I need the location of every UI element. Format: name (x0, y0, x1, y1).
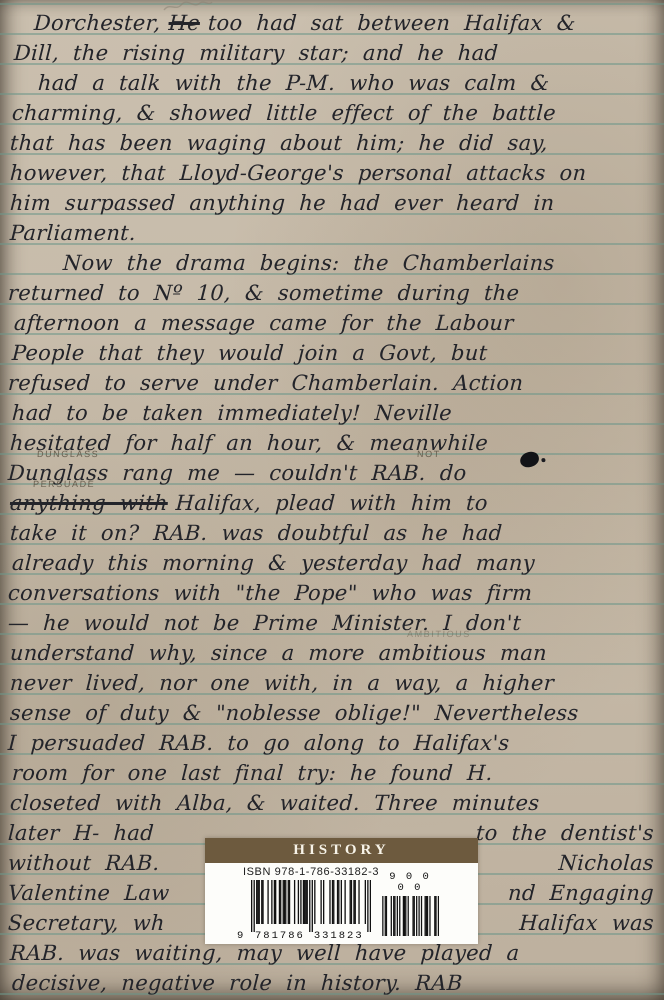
manuscript-line: — he would not be Prime Minister. I don'… (7, 608, 659, 638)
manuscript-line: closeted with Alba, & waited. Three minu… (7, 788, 659, 818)
manuscript-line: that has been waging about him; he did s… (7, 128, 659, 158)
handwriting-segment: People that they would join a Govt, but (11, 341, 488, 365)
manuscript-line: room for one last final try: he found H. (7, 758, 659, 788)
handwriting-segment: Secretary, wh (7, 908, 165, 938)
handwriting-segment: without RAB. (7, 848, 160, 878)
handwriting-segment: Now the drama begins: the Chamberlains (62, 251, 555, 275)
handwriting-segment: later H- had (7, 818, 155, 848)
handwriting-segment: Parliament. (9, 221, 136, 245)
handwriting-segment: to the dentist's (475, 818, 655, 848)
handwriting-segment: understand why, since a more ambitious m… (9, 641, 547, 665)
category-banner: HISTORY (205, 838, 478, 863)
manuscript-line: had to be taken immediately! Neville (7, 398, 659, 428)
manuscript-line: Parliament. (7, 218, 659, 248)
manuscript-line: Now the drama begins: the Chamberlains (7, 248, 659, 278)
handwriting-segment: already this morning & yesterday had man… (11, 551, 535, 575)
book-back-cover: Dorchester,Hetoo had sat between Halifax… (0, 0, 664, 1000)
manuscript-line: Dill, the rising military star; and he h… (7, 38, 659, 68)
handwriting-segment: Valentine Law (7, 878, 170, 908)
manuscript-line: take it on? RAB. was doubtful as he had (7, 518, 659, 548)
handwriting-segment: too had sat between Halifax & (207, 11, 576, 35)
pencil-annotation: NOT (417, 449, 441, 459)
ean13-digits: 9 781786 331823 (237, 930, 377, 942)
manuscript-line: understand why, since a more ambitious m… (7, 638, 659, 668)
handwriting-segment: Nicholas (558, 848, 655, 878)
handwriting-segment: Dill, the rising military star; and he h… (13, 41, 499, 65)
handwriting-segment: Halifax was (519, 908, 655, 938)
pencil-annotation: PERSUADE (33, 479, 96, 489)
ean13-barcode (251, 880, 371, 932)
handwriting-segment: room for one last final try: he found H. (11, 761, 493, 785)
ean-digit-group1: 781786 (255, 930, 305, 942)
manuscript-line: decisive, negative role in history. RAB (7, 968, 659, 998)
barcode-panel: HISTORY ISBN 978-1-786-33182-3 9 781786 … (205, 838, 478, 944)
handwriting-segment: him surpassed anything he had ever heard… (9, 191, 555, 215)
manuscript-line: had a talk with the P-M. who was calm & (7, 68, 659, 98)
handwriting-segment: had to be taken immediately! Neville (11, 401, 452, 425)
category-banner-label: HISTORY (293, 842, 389, 859)
handwriting-segment: Dorchester, (33, 11, 161, 35)
handwriting-segment: conversations with "the Pope" who was fi… (7, 581, 533, 605)
handwriting-segment: had a talk with the P-M. who was calm & (37, 71, 550, 95)
manuscript-line: sense of duty & "noblesse oblige!" Never… (7, 698, 659, 728)
handwriting-segment: closeted with Alba, & waited. Three minu… (9, 791, 540, 815)
struck-out-word: He (168, 11, 201, 35)
manuscript-line: returned to Nº 10, & sometime during the (7, 278, 659, 308)
struck-out-word: anything with (9, 491, 168, 515)
handwriting-segment: afternoon a message came for the Labour (13, 311, 514, 335)
manuscript-line: hesitated for half an hour, & meanwhile (7, 428, 659, 458)
manuscript-line: People that they would join a Govt, but (7, 338, 659, 368)
ean-digit-group2: 331823 (314, 930, 364, 942)
manuscript-line: charming, & showed little effect of the … (7, 98, 659, 128)
ean-addon-digits: 9 0 0 0 0 (381, 872, 439, 894)
handwriting-segment: charming, & showed little effect of the … (11, 101, 556, 125)
manuscript-line: Dorchester,Hetoo had sat between Halifax… (7, 8, 659, 38)
manuscript-line: never lived, nor one with, in a way, a h… (7, 668, 659, 698)
manuscript-line: conversations with "the Pope" who was fi… (7, 578, 659, 608)
handwriting-segment: sense of duty & "noblesse oblige!" Never… (9, 701, 579, 725)
handwriting-segment: returned to Nº 10, & sometime during the (7, 281, 520, 305)
handwriting-segment: take it on? RAB. was doubtful as he had (9, 521, 503, 545)
handwriting-segment: never lived, nor one with, in a way, a h… (9, 671, 554, 695)
handwriting-segment: that has been waging about him; he did s… (9, 131, 548, 155)
pencil-annotation: AMBITIOUS (407, 629, 471, 639)
manuscript-line: refused to serve under Chamberlain. Acti… (7, 368, 659, 398)
handwriting-segment: decisive, negative role in history. RAB (11, 971, 463, 995)
manuscript-line: already this morning & yesterday had man… (7, 548, 659, 578)
manuscript-line: I persuaded RAB. to go along to Halifax'… (7, 728, 659, 758)
ean-addon-block: 9 0 0 0 0 (381, 872, 439, 936)
handwriting-segment: nd Engaging (507, 878, 654, 908)
pencil-annotation: DUNGLASS (37, 449, 100, 459)
manuscript-line: afternoon a message came for the Labour (7, 308, 659, 338)
manuscript-line: him surpassed anything he had ever heard… (7, 188, 659, 218)
manuscript-line: anything withHalifax, plead with him toP… (7, 488, 659, 518)
manuscript-line: Dunglass rang me — couldn't RAB. doDUNGL… (7, 458, 659, 488)
ean-digit-first: 9 (237, 930, 251, 942)
manuscript-line: however, that Lloyd-George's personal at… (7, 158, 659, 188)
handwriting-segment: RAB. was waiting, may well have played a (9, 941, 520, 965)
ean-addon-barcode (381, 896, 439, 936)
handwriting-segment: however, that Lloyd-George's personal at… (9, 161, 587, 185)
handwriting-segment: I persuaded RAB. to go along to Halifax'… (7, 731, 510, 755)
handwriting-segment: Halifax, plead with him to (175, 491, 488, 515)
handwriting-segment: refused to serve under Chamberlain. Acti… (7, 371, 524, 395)
